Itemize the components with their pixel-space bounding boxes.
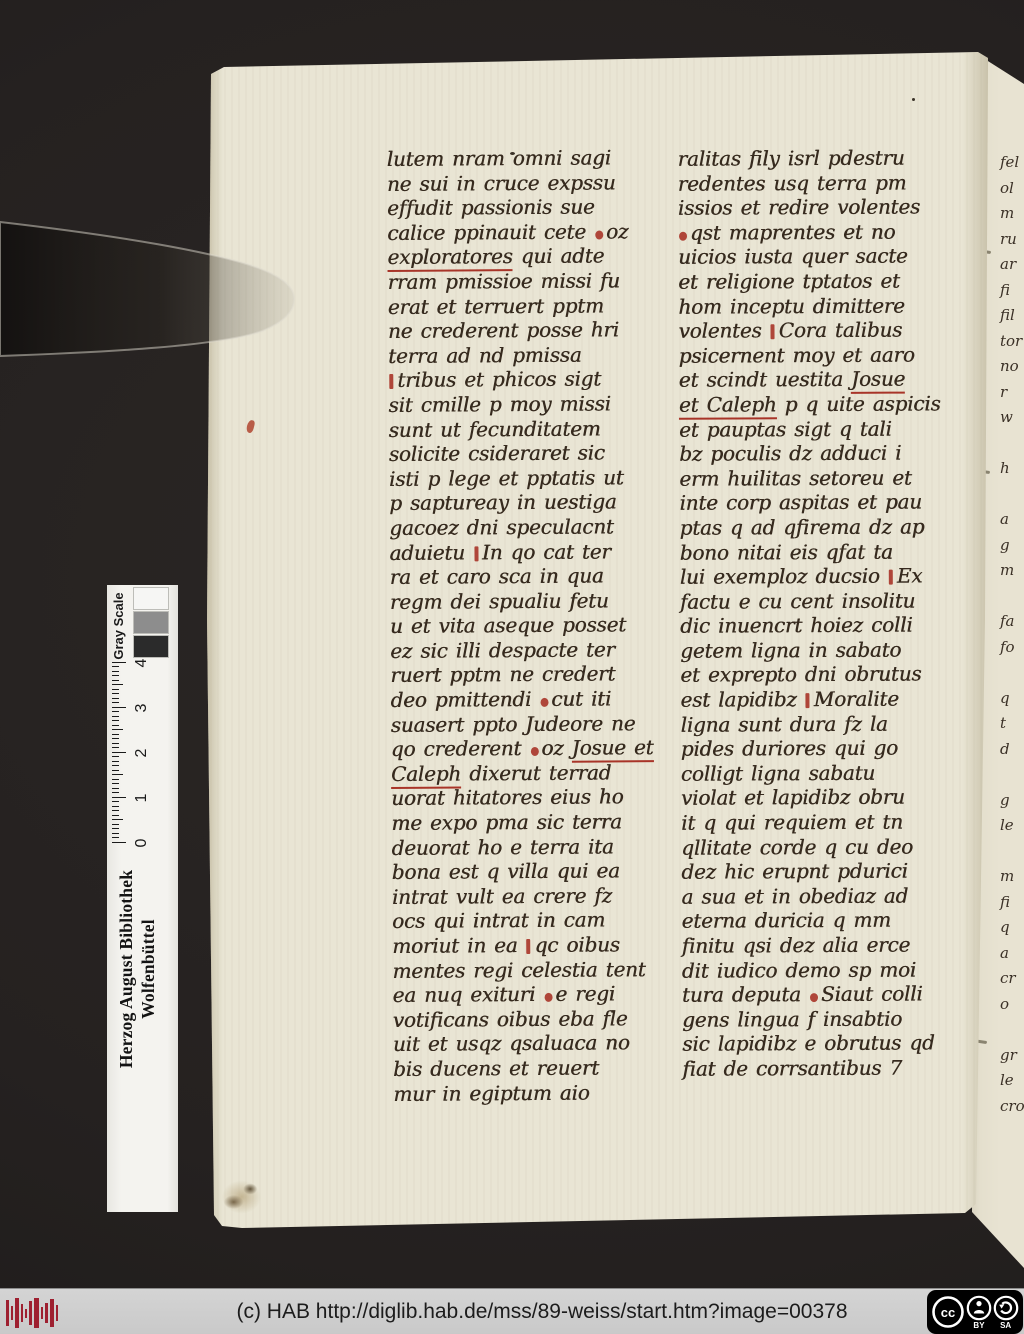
text-line: uorat hitatores eius ho bbox=[391, 784, 669, 811]
cc-by-label: BY bbox=[973, 1322, 984, 1330]
cc-logo: cc bbox=[931, 1295, 965, 1329]
next-folio-text-fragment: m bbox=[1000, 201, 1024, 226]
barcode-bar bbox=[11, 1306, 13, 1320]
scale-tick bbox=[112, 707, 126, 708]
cc-logo-icon: cc bbox=[931, 1295, 965, 1329]
rubric-mark bbox=[806, 693, 810, 708]
next-folio-text-fragment: g bbox=[1000, 788, 1024, 813]
text-line: qst maprentes et no bbox=[678, 219, 970, 245]
red-pigment-fleck bbox=[246, 419, 256, 433]
scale-tick bbox=[112, 770, 119, 771]
text-line: intrat vult ea crere fz bbox=[392, 883, 670, 910]
scale-tick bbox=[112, 702, 119, 703]
cc-sa: SA bbox=[993, 1295, 1019, 1330]
scale-tick bbox=[112, 689, 119, 690]
text-line: sit cmille p moy missi bbox=[388, 391, 666, 418]
rubric-dot bbox=[679, 232, 687, 241]
next-folio-text-fragment: fa bbox=[1000, 609, 1024, 634]
text-line: dic inuencrt hoiez colli bbox=[680, 613, 972, 639]
red-underlined-text: Josue et bbox=[572, 735, 654, 763]
next-folio-text-fragment: fi bbox=[1000, 890, 1024, 915]
text-line: isti p lege et pptatis ut bbox=[389, 465, 667, 492]
text-line: tura deputa Siaut colli bbox=[682, 981, 974, 1007]
text-line: violat et lapidibz obru bbox=[681, 785, 973, 811]
library-name-label: Herzog August Bibliothek Wolfenbüttel bbox=[115, 844, 159, 1094]
text-line: issios et redire volentes bbox=[678, 194, 970, 220]
scale-tick bbox=[112, 729, 123, 730]
text-line: lutem nram omni sagi bbox=[387, 145, 665, 172]
next-folio-text-fragment: w bbox=[1000, 405, 1024, 430]
next-folio-text-fragment: t bbox=[1000, 711, 1024, 736]
text-line: aduietu In qo cat ter bbox=[389, 539, 667, 566]
scale-tick bbox=[112, 801, 119, 802]
gray-scale-swatch bbox=[133, 611, 169, 634]
rubric-mark bbox=[889, 570, 893, 585]
cc-by-person-icon bbox=[966, 1295, 992, 1321]
scale-tick bbox=[112, 711, 119, 712]
scale-tick bbox=[112, 774, 123, 775]
photo-background: felolmruarfifiltornorwhagmfafoqtdglemfiq… bbox=[0, 0, 1024, 1288]
barcode-bar bbox=[6, 1300, 9, 1326]
text-line: erm huilitas setoreu et bbox=[679, 465, 971, 491]
next-folio-text-fragment bbox=[1000, 431, 1024, 456]
scale-tick bbox=[112, 747, 119, 748]
text-line: volentes Cora talibus bbox=[678, 317, 970, 343]
scale-tick bbox=[112, 675, 119, 676]
scale-tick bbox=[112, 819, 123, 820]
scale-tick bbox=[112, 738, 119, 739]
text-line: terra ad nd pmissa bbox=[388, 342, 666, 369]
manuscript-column-2: ralitas fily isrl pdestruredentes usq te… bbox=[678, 145, 975, 1081]
scale-tick bbox=[112, 806, 119, 807]
scale-tick bbox=[112, 810, 119, 811]
text-line: gacoez dni speculacnt bbox=[389, 514, 667, 541]
text-line: lui exemploz ducsio Ex bbox=[680, 563, 972, 589]
barcode-bar bbox=[21, 1304, 23, 1322]
text-line: ra et caro sca in qua bbox=[390, 563, 668, 590]
text-line: dez hic erupnt pdurici bbox=[681, 858, 973, 884]
text-line: et exprepto dni obrutus bbox=[680, 662, 972, 688]
text-line: redentes usq terra pm bbox=[678, 170, 970, 196]
text-line: ea nuq exituri e regi bbox=[392, 981, 670, 1008]
gray-scale-patch: Gray Scale bbox=[111, 588, 175, 660]
scale-number: 3 bbox=[133, 698, 151, 718]
text-line: ligna sunt dura fz la bbox=[681, 711, 973, 737]
scale-tick bbox=[112, 756, 119, 757]
text-line: qo crederent oz Josue et bbox=[391, 735, 669, 762]
scale-tick bbox=[112, 666, 119, 667]
caption-bar: (c) HAB http://diglib.hab.de/mss/89-weis… bbox=[0, 1288, 1024, 1334]
text-line: erat et terruert pptm bbox=[388, 293, 666, 320]
next-folio-text-fragment: fi bbox=[1000, 278, 1024, 303]
scale-tick bbox=[112, 662, 126, 663]
cc-license-badge[interactable]: cc BY SA bbox=[927, 1290, 1023, 1334]
gray-scale-label: Gray Scale bbox=[111, 592, 126, 660]
next-folio-text-fragment bbox=[1000, 660, 1024, 685]
text-line: ralitas fily isrl pdestru bbox=[678, 145, 970, 171]
text-line: uicios iusta quer sacte bbox=[678, 244, 970, 270]
next-folio-text-fragment bbox=[1000, 762, 1024, 787]
text-line: Caleph dixerut terrad bbox=[391, 760, 669, 787]
scale-tick bbox=[112, 680, 119, 681]
scale-tick bbox=[112, 698, 119, 699]
svg-text:cc: cc bbox=[941, 1305, 955, 1320]
digitized-manuscript-screenshot: felolmruarfifiltornorwhagmfafoqtdglemfiq… bbox=[0, 0, 1024, 1334]
centimeter-scale: 01234 bbox=[107, 651, 178, 847]
text-line: ruert pptm ne credert bbox=[390, 661, 668, 688]
text-line: colligt ligna sabatu bbox=[681, 760, 973, 786]
rubric-dot bbox=[595, 230, 603, 239]
text-line: hom inceptu dimittere bbox=[678, 293, 970, 319]
copyright-caption: (c) HAB http://diglib.hab.de/mss/89-weis… bbox=[30, 1289, 1024, 1334]
next-folio-text-fragment: ru bbox=[1000, 227, 1024, 252]
scale-tick bbox=[112, 765, 119, 766]
next-folio-text-fragment: d bbox=[1000, 737, 1024, 762]
next-folio-text-fragment: fel bbox=[1000, 150, 1024, 175]
next-folio-text-fragment: m bbox=[1000, 864, 1024, 889]
rubric-dot bbox=[530, 747, 538, 756]
scale-tick bbox=[112, 671, 119, 672]
red-underlined-text: exploratores bbox=[387, 244, 512, 272]
next-folio-text-fragment: q bbox=[1000, 686, 1024, 711]
scale-tick bbox=[112, 752, 126, 753]
next-folio-text-fragment: o bbox=[1000, 992, 1024, 1017]
scale-number: 0 bbox=[133, 833, 151, 853]
next-folio-text-fragment: cro bbox=[1000, 1094, 1024, 1119]
text-line: regm dei spualiu fetu bbox=[390, 588, 668, 615]
text-line: ne sui in cruce expssu bbox=[387, 170, 665, 197]
red-underlined-text: et Caleph bbox=[679, 392, 777, 420]
text-line: sunt ut fecunditatem bbox=[389, 416, 667, 443]
scale-tick bbox=[112, 792, 119, 793]
manuscript-column-1: lutem nram omni sagine sui in cruce exps… bbox=[387, 145, 672, 1106]
text-line: qllitate corde q cu deo bbox=[681, 834, 973, 860]
scale-tick bbox=[112, 783, 119, 784]
next-folio-text-fragment bbox=[1000, 839, 1024, 864]
text-line: pides duriores qui go bbox=[681, 735, 973, 761]
rubric-mark bbox=[527, 939, 531, 954]
next-folio-text-fragment: le bbox=[1000, 1068, 1024, 1093]
text-line: psicernent moy et aaro bbox=[679, 342, 971, 368]
text-line: mentes regi celestia tent bbox=[392, 957, 670, 984]
rubric-dot bbox=[544, 993, 552, 1002]
text-line: effudit passionis sue bbox=[387, 194, 665, 221]
text-line: deuorat ho e terra ita bbox=[391, 834, 669, 861]
scale-tick bbox=[112, 788, 119, 789]
scale-tick bbox=[112, 693, 119, 694]
scale-tick bbox=[112, 761, 119, 762]
text-line: uit et usqz qsaluaca no bbox=[393, 1030, 671, 1057]
scale-tick bbox=[112, 837, 119, 838]
next-folio-text-fragment: tor bbox=[1000, 329, 1024, 354]
gray-scale-swatch bbox=[133, 587, 169, 610]
cc-by: BY bbox=[966, 1295, 992, 1330]
ink-speck bbox=[912, 98, 915, 101]
next-folio-text-fragment: a bbox=[1000, 507, 1024, 532]
barcode-bar bbox=[15, 1298, 19, 1328]
scale-number: 1 bbox=[133, 788, 151, 808]
text-line: deo pmittendi cut iti bbox=[390, 686, 668, 713]
gray-scale-swatch bbox=[133, 635, 169, 658]
library-name-line1: Herzog August Bibliothek bbox=[115, 844, 137, 1094]
next-folio-text-fragment: fo bbox=[1000, 635, 1024, 660]
text-line: ocs qui intrat in cam bbox=[392, 907, 670, 934]
text-line: bono nitai eis qfat ta bbox=[680, 539, 972, 565]
text-line: exploratores qui adte bbox=[387, 243, 665, 270]
scale-tick bbox=[112, 720, 119, 721]
next-folio-text-fragment: r bbox=[1000, 380, 1024, 405]
text-line: ptas q ad qfirema dz ap bbox=[679, 514, 971, 540]
text-line: et religione tptatos et bbox=[678, 268, 970, 294]
next-folio-text-fragment: gr bbox=[1000, 1043, 1024, 1068]
next-folio-text-fragment: cr bbox=[1000, 966, 1024, 991]
red-underlined-text: Caleph bbox=[391, 761, 461, 788]
scale-tick bbox=[112, 779, 119, 780]
text-line: it q qui requiem et tn bbox=[681, 809, 973, 835]
text-line: ne crederent posse hri bbox=[388, 317, 666, 344]
text-line: ez sic illi despacte ter bbox=[390, 637, 668, 664]
cc-sa-arrow-icon bbox=[993, 1295, 1019, 1321]
text-line: fiat de corrsantibus 7 bbox=[682, 1055, 974, 1081]
text-line: gens lingua f insabtio bbox=[682, 1006, 974, 1032]
cc-sa-label: SA bbox=[1000, 1322, 1011, 1330]
rubric-mark bbox=[474, 546, 478, 561]
text-line: a sua et in obediaz ad bbox=[681, 883, 973, 909]
rubric-mark bbox=[771, 324, 775, 339]
text-line: calice ppinauit cete oz bbox=[387, 219, 665, 246]
scale-tick bbox=[112, 797, 126, 798]
scale-tick bbox=[112, 828, 119, 829]
text-line: u et vita aseque posset bbox=[390, 612, 668, 639]
next-folio-text-fragment: no bbox=[1000, 354, 1024, 379]
text-line: p saptureay in uestiga bbox=[389, 489, 667, 516]
scale-tick bbox=[112, 716, 119, 717]
red-underlined-text: Josue bbox=[851, 367, 905, 394]
text-line: me expo pma sic terra bbox=[391, 809, 669, 836]
text-line: eterna duricia q mm bbox=[682, 908, 974, 934]
text-line: tribus et phicos sigt bbox=[388, 366, 666, 393]
text-line: finitu qsi dez alia erce bbox=[682, 932, 974, 958]
scale-tick bbox=[112, 824, 119, 825]
text-line: votificans oibus eba fle bbox=[393, 1006, 671, 1033]
text-line: bz poculis dz adduci i bbox=[679, 440, 971, 466]
text-line: moriut in ea qc oibus bbox=[392, 932, 670, 959]
library-name-line2: Wolfenbüttel bbox=[137, 844, 159, 1094]
color-calibration-ruler: Herzog August Bibliothek Wolfenbüttel 01… bbox=[107, 585, 178, 1212]
scale-tick bbox=[112, 725, 119, 726]
next-folio-text-fragment: ol bbox=[1000, 176, 1024, 201]
barcode-bar bbox=[25, 1309, 27, 1318]
next-folio-text-fragment: ar bbox=[1000, 252, 1024, 277]
next-folio-text-fragment: q bbox=[1000, 915, 1024, 940]
text-line: getem ligna in sabato bbox=[680, 637, 972, 663]
next-folio-text-fragment: fil bbox=[1000, 303, 1024, 328]
text-line: rram pmissioe missi fu bbox=[388, 268, 666, 295]
next-folio-text-fragment bbox=[1000, 1017, 1024, 1042]
text-line: suasert ppto Judeore ne bbox=[391, 711, 669, 738]
scale-tick bbox=[112, 734, 119, 735]
rubric-dot bbox=[810, 993, 818, 1002]
scale-tick bbox=[112, 833, 119, 834]
text-line: solicite csideraret sic bbox=[389, 440, 667, 467]
next-folio-text-fragment: h bbox=[1000, 456, 1024, 481]
next-folio-text-fragment bbox=[1000, 584, 1024, 609]
scale-number: 2 bbox=[133, 743, 151, 763]
text-line: inte corp aspitas et pau bbox=[679, 490, 971, 516]
next-folio-text-fragment bbox=[1000, 482, 1024, 507]
scale-tick bbox=[112, 743, 119, 744]
scale-tick bbox=[112, 842, 126, 843]
text-line: bis ducens et reuert bbox=[393, 1055, 671, 1082]
scale-tick bbox=[112, 815, 119, 816]
parchment-stain bbox=[218, 1172, 270, 1222]
text-line: sic lapidibz e obrutus qd bbox=[682, 1031, 974, 1057]
next-folio-text-fragment: a bbox=[1000, 941, 1024, 966]
scale-tick bbox=[112, 684, 123, 685]
rubric-mark bbox=[389, 374, 393, 389]
rubric-dot bbox=[540, 698, 548, 707]
text-line: et scindt uestita Josue bbox=[679, 367, 971, 393]
next-folio-text-fragment: m bbox=[1000, 558, 1024, 583]
text-line: est lapidibz Moralite bbox=[680, 686, 972, 712]
text-line: dit iudico demo sp moi bbox=[682, 957, 974, 983]
text-line: et Caleph p q uite aspicis bbox=[679, 391, 971, 417]
text-line: factu e cu cent insolitu bbox=[680, 588, 972, 614]
text-line: et pauptas sigt q tali bbox=[679, 416, 971, 442]
text-line: mur in egiptum aio bbox=[393, 1080, 671, 1107]
text-line: bona est q villa qui ea bbox=[392, 858, 670, 885]
next-folio-text-fragment: g bbox=[1000, 533, 1024, 558]
next-folio-text-fragment: le bbox=[1000, 813, 1024, 838]
